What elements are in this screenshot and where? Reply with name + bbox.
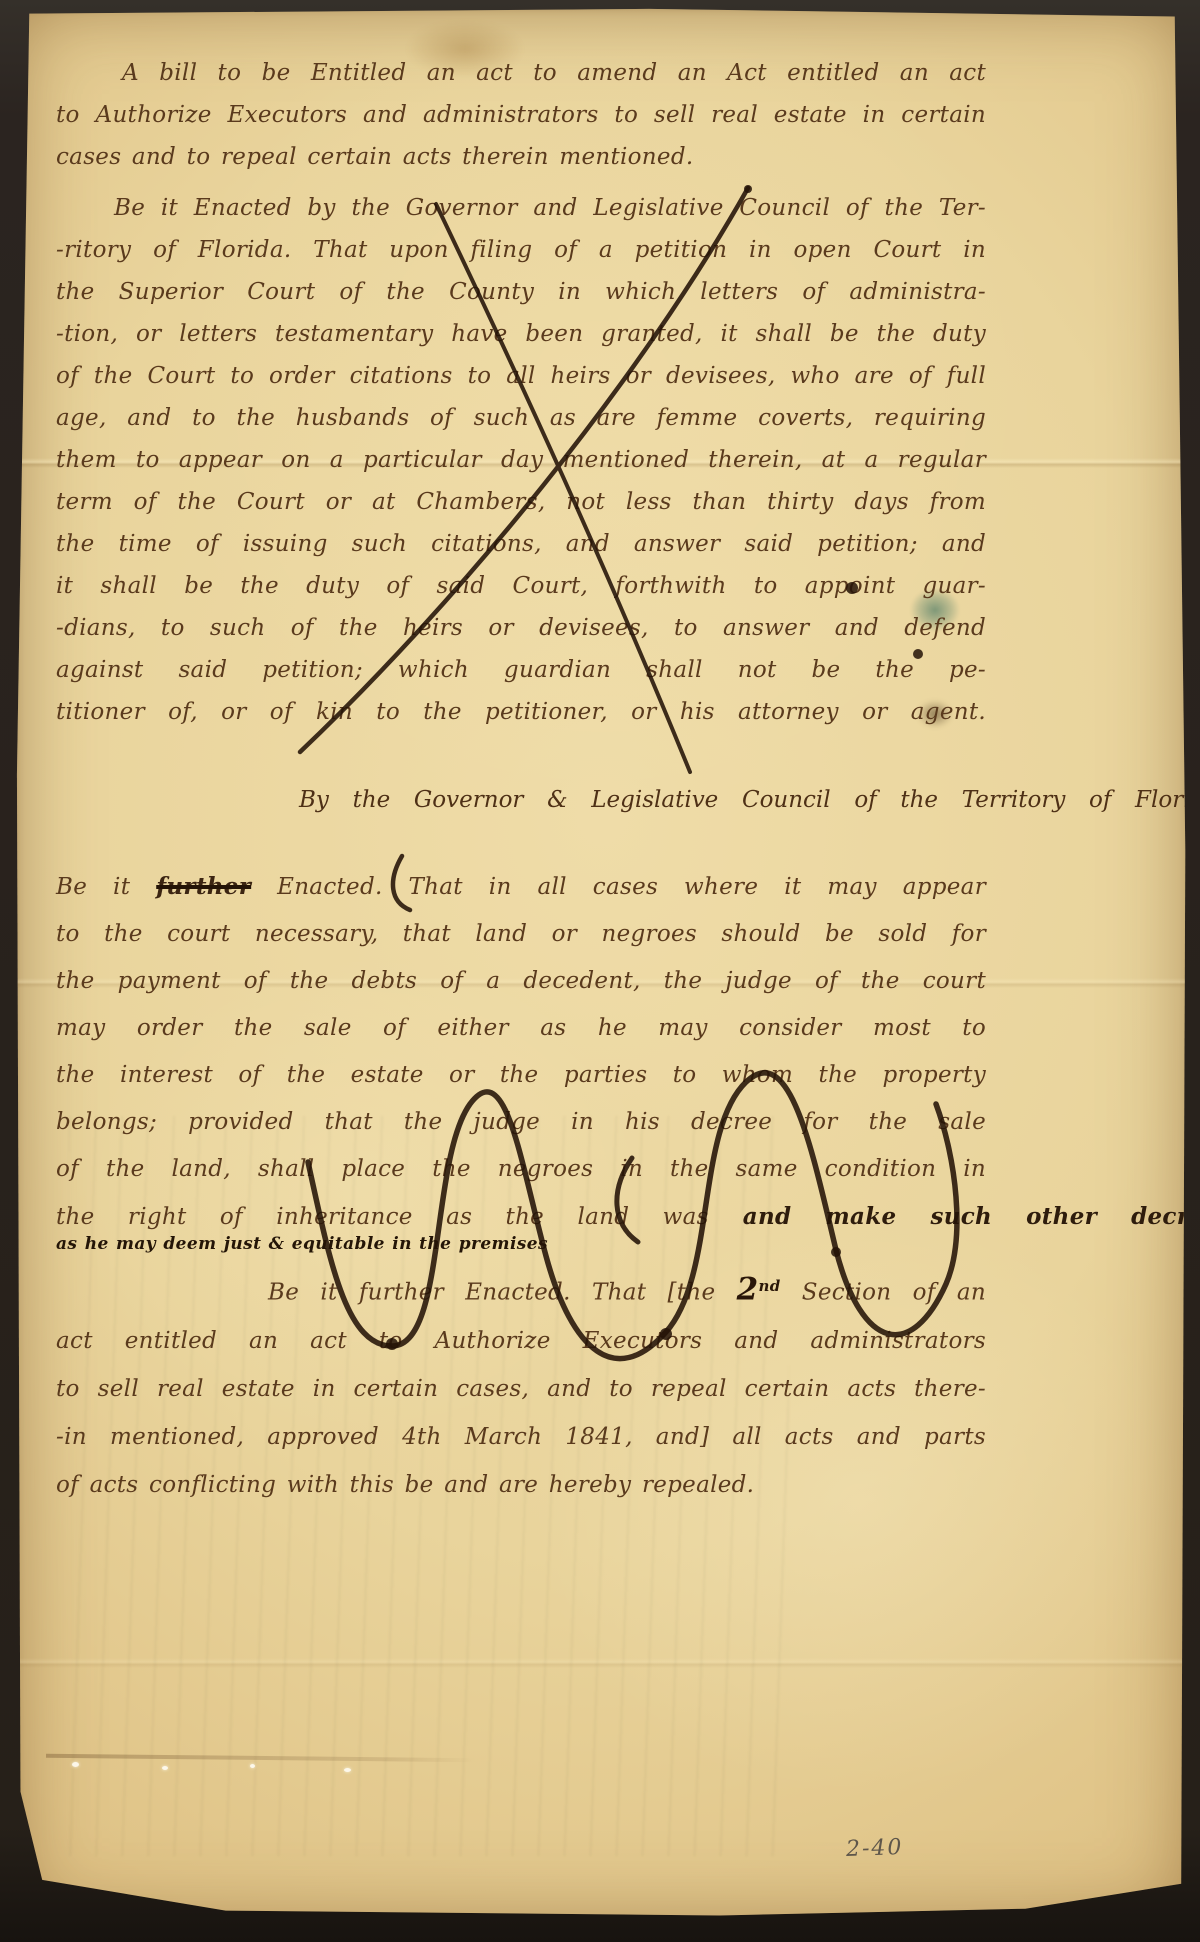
manuscript-line: titioner of, or of kin to the petitioner… xyxy=(56,691,986,733)
struck-word: further xyxy=(156,873,251,900)
manuscript-line: it shall be the duty of said Court, fort… xyxy=(56,565,986,607)
manuscript-line: -ritory of Florida. That upon filing of … xyxy=(56,229,986,271)
line-text: Be it further Enacted. That [the xyxy=(268,1280,737,1306)
paper-tear xyxy=(46,1754,476,1763)
archival-page-number: 2-40 xyxy=(846,1835,904,1862)
paper-glint xyxy=(162,1766,168,1770)
line-text: Section of an xyxy=(781,1280,987,1306)
manuscript-line: -in mentioned, approved 4th March 1841, … xyxy=(56,1413,986,1461)
manuscript-line: -dians, to such of the heirs or devisees… xyxy=(56,607,986,649)
section-number: 2 xyxy=(737,1272,759,1308)
manuscript-line: age, and to the husbands of such as are … xyxy=(56,397,986,439)
paper-glint xyxy=(72,1762,79,1767)
bill-title: A bill to be Entitled an act to amend an… xyxy=(56,6,986,178)
line-text: Enacted. That in all cases where it may … xyxy=(251,874,986,900)
manuscript-page: A bill to be Entitled an act to amend an… xyxy=(14,6,1190,1926)
section-2-paragraph: Be it further Enacted. That in all cases… xyxy=(56,863,986,1256)
manuscript-line: to the court necessary, that land or neg… xyxy=(56,911,986,958)
section-1-enacting-paragraph: Be it Enacted by the Governor and Legisl… xyxy=(56,187,986,733)
manuscript-line: to Authorize Executors and administrator… xyxy=(56,94,986,136)
interlined-enacting-clause: By the Governor & Legislative Council of… xyxy=(299,779,1200,821)
line-text: Be it xyxy=(56,874,156,900)
manuscript-line: cases and to repeal certain acts therein… xyxy=(56,136,986,178)
manuscript-line: Be it Enacted by the Governor and Legisl… xyxy=(56,187,986,229)
manuscript-line: term of the Court or at Chambers, not le… xyxy=(56,481,986,523)
manuscript-line: act entitled an act to Authorize Executo… xyxy=(56,1317,986,1365)
paper-glint xyxy=(344,1768,351,1772)
line-text: the right of inheritance as the land was xyxy=(56,1204,709,1230)
manuscript-line: of the land, shall place the negroes in … xyxy=(56,1146,986,1193)
manuscript-line: A bill to be Entitled an act to amend an… xyxy=(56,52,986,94)
manuscript-line: Be it further Enacted. That in all cases… xyxy=(56,863,986,911)
section-3-repeal-paragraph: Be it further Enacted. That [the 2nd Sec… xyxy=(56,1262,986,1509)
manuscript-line: to sell real estate in certain cases, an… xyxy=(56,1365,986,1413)
manuscript-line: of the Court to order citations to all h… xyxy=(56,355,986,397)
manuscript-line: the payment of the debts of a decedent, … xyxy=(56,958,986,1005)
paper-glint xyxy=(250,1764,255,1768)
manuscript-line: belongs; provided that the judge in his … xyxy=(56,1099,986,1146)
paper-crease xyxy=(14,1658,1190,1668)
manuscript-text: A bill to be Entitled an act to amend an… xyxy=(56,6,986,1509)
ordinal-superscript: nd xyxy=(759,1277,781,1295)
manuscript-line: -tion, or letters testamentary have been… xyxy=(56,313,986,355)
manuscript-line: the Superior Court of the County in whic… xyxy=(56,271,986,313)
manuscript-line: the interest of the estate or the partie… xyxy=(56,1052,986,1099)
manuscript-line: them to appear on a particular day menti… xyxy=(56,439,986,481)
manuscript-line: Be it further Enacted. That [the 2nd Sec… xyxy=(56,1262,986,1317)
manuscript-line: may order the sale of either as he may c… xyxy=(56,1005,986,1052)
added-text: and make such other decree xyxy=(709,1203,1200,1230)
manuscript-line: of acts conflicting with this be and are… xyxy=(56,1461,986,1509)
manuscript-line: against said petition; which guardian sh… xyxy=(56,649,986,691)
manuscript-line: the time of issuing such citations, and … xyxy=(56,523,986,565)
